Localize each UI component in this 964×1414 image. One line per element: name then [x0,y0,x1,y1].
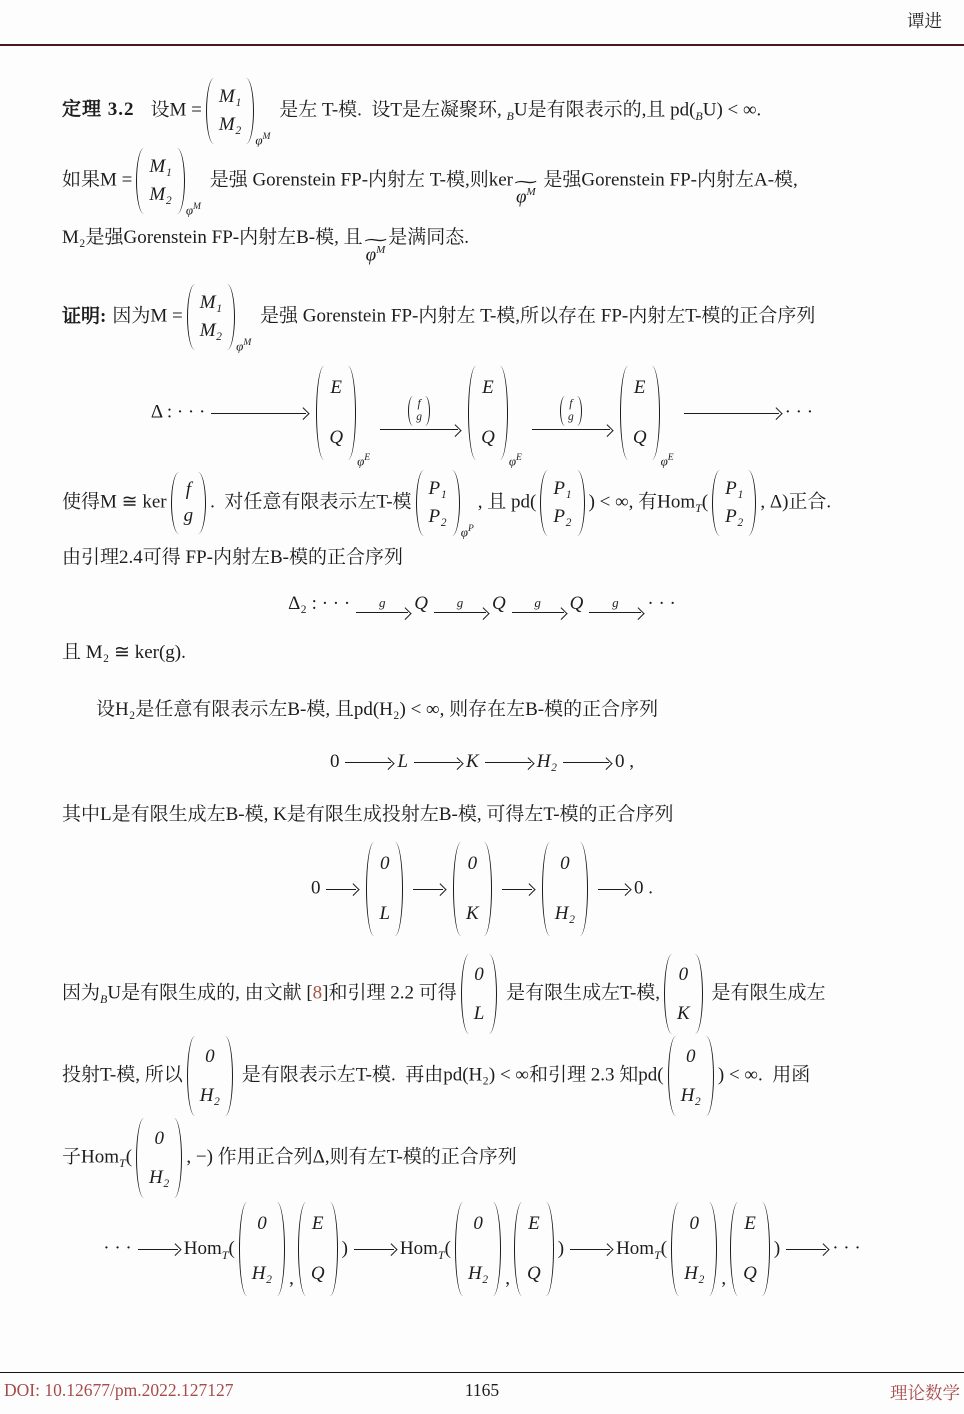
open-paren: ( [661,1238,667,1259]
left-paren-icon [664,954,672,1034]
left-paren-icon [540,470,548,536]
theorem-label: 定理 3.2 [62,99,135,120]
arrow-right-icon [563,762,609,763]
left-paren-icon [461,954,469,1034]
arrow-right-icon [485,762,531,763]
matrix-entry: L [474,1003,485,1025]
left-paren-icon [453,842,461,936]
journal-name: 理论数学 [890,1380,960,1405]
arrow-label: fg [406,396,432,426]
text-run: 设H₂是任意有限表示左B-模, 且pd(H₂) < ∞, 则存在左B-模的正合序… [96,699,658,720]
matrix-entry: K [677,1003,690,1025]
open-paren: ( [445,1238,451,1259]
punctuation: . [648,878,653,899]
pmatrix-p: P₁P₂φP [416,470,474,536]
arrow-shaft [380,429,458,430]
text-run: 是有限生成左 [707,983,826,1004]
hom-functor: Hom [400,1238,438,1259]
pmatrix-m: M₁M₂φM [206,78,271,144]
text-run: 是强 Gorenstein FP-内射左 T-模,则ker [205,169,513,190]
matrix-entry: M₂ [149,184,171,206]
right-paren-icon [709,1202,717,1296]
pmatrix-eq: EQφE [468,366,522,460]
zero: 0 [311,878,321,899]
text-run: 是强 Gorenstein FP-内射左 T-模,所以存在 FP-内射左T-模的… [255,306,815,327]
labeled-arrow-g: g [356,596,408,613]
hom-functor: Hom [184,1238,222,1259]
text-run: ( [702,492,708,513]
matrix-entry: 0 [474,964,484,986]
right-paren-icon [695,954,703,1034]
left-paren-icon [542,842,550,936]
arrow-right-icon [684,413,779,414]
right-paren-icon [425,396,430,426]
matrix-column: fg [413,396,425,426]
matrix-entry: H₂ [555,903,575,925]
matrix-entry: P₁ [725,478,743,500]
matrix-entry: 0 [679,964,689,986]
left-paren-icon [206,78,214,144]
arrow-shaft [589,612,641,613]
open-paren: ( [228,1238,234,1259]
matrix-entry: 0 [560,853,570,875]
delta2-head: Δ₂ : · · · [288,593,350,614]
matrix-column: M₁M₂ [144,148,176,214]
pmatrix-0H2: 0H₂ [455,1202,501,1296]
arrow-shaft [211,413,306,414]
comma: , [289,1268,294,1289]
matrix-subscript: φE [509,453,522,469]
left-paren-icon [239,1202,247,1296]
matrix-column: EQ [306,1202,330,1296]
arrow-shaft [485,762,531,763]
paper-page: 谭进 定理 3.2设M =M₁M₂φM 是左 T-模. 设T是左凝聚环, BU是… [0,0,964,1414]
right-paren-icon [762,1202,770,1296]
matrix-entry: E [634,377,646,399]
arrow-right-icon [413,889,443,890]
matrix-column: 0H₂ [247,1202,277,1296]
right-paren-icon [706,1036,714,1116]
right-paren-icon [652,366,660,460]
right-paren-icon [577,470,585,536]
matrix-column: 0L [469,954,490,1034]
text-run: 因为M = [112,306,182,327]
page-content: 定理 3.2设M =M₁M₂φM 是左 T-模. 设T是左凝聚环, BU是有限表… [0,78,964,1296]
right-paren-icon [395,842,403,936]
pmatrix-0H2: 0H₂ [136,1118,182,1198]
phi-superscript: M [193,202,201,212]
arrow-shaft [684,413,779,414]
pmatrix-fg-label: fg [560,396,582,426]
right-paren-icon [348,366,356,460]
right-paren-icon [748,470,756,536]
close-paren: ) [774,1238,780,1259]
arrow-shaft [434,612,486,613]
matrix-entry: M₁ [200,292,222,314]
text-run: 是强Gorenstein FP-内射左A-模, [539,169,798,190]
paragraph-6-line-3: 子HomT(0H₂, −) 作用正合列Δ,则有左T-模的正合序列 [62,1118,902,1198]
hom-functor: Hom [616,1238,654,1259]
paragraph-5: 其中L是有限生成左B-模, K是有限生成投射左B-模, 可得左T-模的正合序列 [62,801,902,828]
paragraph-3: 且 M₂ ≅ ker(g). [62,639,902,666]
pmatrix-0H2: 0H₂ [187,1036,233,1116]
comma: , [721,1268,726,1289]
right-paren-icon [246,78,254,144]
matrix-entry: f [417,398,420,411]
arrow-shaft [356,612,408,613]
module-Q: Q [570,593,584,614]
tilde-accent-icon: ∼ [361,238,389,245]
left-paren-icon [316,366,324,460]
matrix-entry: H₂ [149,1167,169,1189]
delta-head: Δ : · · · [151,402,205,423]
matrix-column: 0H₂ [676,1036,706,1116]
matrix-entry: P₂ [553,506,571,528]
pmatrix-eq: EQφE [316,366,370,460]
module-Q: Q [492,593,506,614]
pmatrix-eq: EQφE [620,366,674,460]
matrix-entry: M₂ [219,114,241,136]
footer-row: DOI: 10.12677/pm.2022.127127 1165 理论数学 [0,1373,964,1414]
paragraph-2-line-2: 由引理2.4可得 FP-内射左B-模的正合序列 [62,544,902,571]
matrix-column: fg [565,396,577,426]
module-L: L [397,751,408,772]
left-paren-icon [416,470,424,536]
text-run: ) < ∞, 有Hom [589,492,696,513]
pmatrix-0L: 0L [366,842,403,936]
close-paren: ) [342,1238,348,1259]
arrow-right-icon [598,889,628,890]
left-paren-icon [187,1036,195,1116]
matrix-subscript: φM [255,124,270,153]
text-run: ]和引理 2.2 可得 [322,983,457,1004]
pmatrix-fg-label: fg [408,396,430,426]
arrow-right-icon [345,762,391,763]
matrix-entry: 0 [473,1213,483,1235]
matrix-entry: Q [527,1263,541,1285]
phi-superscript: E [668,453,674,463]
arrow-shaft [414,762,460,763]
pre-subscript-B: B [507,109,514,123]
labeled-arrow-fg: fg [380,396,458,430]
arrow-shaft [345,762,391,763]
matrix-entry: M₂ [200,320,222,342]
paragraph-6-line-1: 因为BU是有限生成的, 由文献 [8]和引理 2.2 可得0L 是有限生成左T-… [62,954,902,1034]
text-run: 如果M = [62,169,132,190]
matrix-subscript: φP [461,516,474,545]
proof-line-1: 证明:因为M =M₁M₂φM 是强 Gorenstein FP-内射左 T-模,… [62,284,902,350]
display-delta2-sequence: Δ₂ : · · ·gQgQgQg· · · [62,593,902,615]
left-paren-icon [136,148,144,214]
arrow-shaft [413,889,443,890]
text-run: 其中L是有限生成左B-模, K是有限生成投射左B-模, 可得左T-模的正合序列 [62,804,674,825]
header-author: 谭进 [907,11,942,31]
phi-superscript: P [468,524,474,534]
page-number: 1165 [465,1380,499,1401]
display-hom-sequence: · · ·HomT(0H₂,EQ)HomT(0H₂,EQ)HomT(0H₂,EQ… [62,1202,902,1296]
right-paren-icon [500,366,508,460]
right-paren-icon [330,1202,338,1296]
right-paren-icon [546,1202,554,1296]
left-paren-icon [455,1202,463,1296]
matrix-column: P₁P₂ [548,470,576,536]
page-footer: DOI: 10.12677/pm.2022.127127 1165 理论数学 [0,1372,964,1414]
theorem-line-2: 如果M =M₁M₂φM 是强 Gorenstein FP-内射左 T-模,则ke… [62,148,902,214]
arrow-label: fg [558,396,584,426]
matrix-column: 0H₂ [550,842,580,936]
text-run: , −) 作用正合列Δ,则有左T-模的正合序列 [186,1147,516,1168]
matrix-entry: E [482,377,494,399]
right-paren-icon [177,148,185,214]
arrow-label: g [534,596,541,609]
arrow-shaft [786,1249,826,1250]
matrix-column: EQ [628,366,652,460]
hom-subscript-T: T [695,501,702,515]
labeled-arrow-fg: fg [532,396,610,430]
arrow-right-icon [570,1249,610,1250]
matrix-entry: P₁ [429,478,447,500]
delta-tail-dots: · · · [785,402,813,423]
matrix-entry: Q [633,427,647,449]
header-rule [0,44,964,46]
left-paren-icon [671,1202,679,1296]
text-run: , 且 pd( [478,492,537,513]
close-paren: ) [558,1238,564,1259]
matrix-column: P₁P₂ [424,470,452,536]
right-paren-icon [484,842,492,936]
text-run: 是左 T-模. 设T是左凝聚环, [274,99,506,120]
pmatrix-0L: 0L [461,954,498,1034]
matrix-column: fg [179,472,199,534]
pmatrix-m: M₁M₂φM [136,148,201,214]
text-run: ) < ∞. 用函 [718,1065,810,1086]
matrix-entry: H₂ [681,1085,701,1107]
text-run: 使得M ≅ ker [62,492,167,513]
proof-label: 证明: [62,306,106,327]
hom-subscript-T: T [438,1247,445,1261]
pmatrix-0H2: 0H₂ [671,1202,717,1296]
matrix-entry: H₂ [684,1263,704,1285]
right-paren-icon [489,954,497,1034]
matrix-entry: 0 [686,1046,696,1068]
pmatrix-0K: 0K [453,842,492,936]
hom-subscript-T: T [654,1247,661,1261]
display-sequence-column-modules: 00L0K0H₂0 . [62,842,902,936]
right-paren-icon [174,1118,182,1198]
pmatrix-p: P₁P₂ [712,470,756,536]
paragraph-2-line-1: 使得M ≅ kerfg. 对任意有限表示左T-模P₁P₂φP, 且 pd(P₁P… [62,470,902,536]
right-paren-icon [227,284,235,350]
pmatrix-0H2: 0H₂ [668,1036,714,1116]
matrix-column: 0L [374,842,395,936]
arrow-right-icon [354,1249,394,1250]
matrix-column: M₁M₂ [214,78,246,144]
left-paren-icon [366,842,374,936]
comma: , [505,1268,510,1289]
arrow-right-icon [414,762,460,763]
labeled-arrow-g: g [512,596,564,613]
matrix-entry: g [416,411,422,424]
dots: · · · [832,1238,860,1259]
doi-link[interactable]: DOI: 10.12677/pm.2022.127127 [4,1380,233,1405]
phi-superscript: E [516,453,522,463]
hom-term: HomT(0H₂,EQ) [400,1238,564,1259]
left-paren-icon [298,1202,306,1296]
left-paren-icon [668,1036,676,1116]
hom-term: HomT(0H₂,EQ) [616,1238,780,1259]
matrix-column: 0H₂ [463,1202,493,1296]
zero: 0 [634,878,644,899]
arrow-shaft [326,889,356,890]
matrix-entry: Q [481,427,495,449]
text-run: 且 M₂ ≅ ker(g). [62,642,186,663]
paragraph-4: 设H₂是任意有限表示左B-模, 且pd(H₂) < ∞, 则存在左B-模的正合序… [62,696,902,723]
theorem-line-3: M₂是强Gorenstein FP-内射左B-模, 且∼φM是满同态. [62,224,902,264]
matrix-entry: E [330,377,342,399]
arrow-shaft [354,1249,394,1250]
pre-subscript-B: B [695,109,702,123]
left-paren-icon [171,472,179,534]
tilde-accent-icon: ∼ [512,180,540,187]
dots: · · · [103,1238,131,1259]
right-paren-icon [580,842,588,936]
arrow-right-icon [211,413,306,414]
text-run: M₂是强Gorenstein FP-内射左B-模, 且 [62,227,363,248]
text-run: 因为 [62,983,100,1004]
text-run: U) < ∞. [703,99,762,120]
phi-superscript: M [263,132,271,142]
matrix-entry: f [186,479,191,501]
arrow-shaft [570,1249,610,1250]
display-sequence-LKH: 0LKH₂0 , [62,751,902,773]
matrix-entry: 0 [205,1046,215,1068]
arrow-label: g [612,596,619,609]
matrix-entry: M₁ [149,156,171,178]
text-run: 是有限生成左T-模, [501,983,660,1004]
text-run: , Δ)正合. [760,492,831,513]
matrix-entry: P₁ [553,478,571,500]
pmatrix-eq: EQ [298,1202,338,1296]
pmatrix-m: M₁M₂φM [187,284,252,350]
widetilde-phi-m: ∼φM [516,180,536,206]
matrix-entry: E [312,1213,324,1235]
page-header: 谭进 [0,0,964,33]
left-paren-icon [468,366,476,460]
matrix-entry: H₂ [200,1085,220,1107]
matrix-entry: H₂ [252,1263,272,1285]
matrix-column: M₁M₂ [195,284,227,350]
labeled-arrow-g: g [589,596,641,613]
left-paren-icon [187,284,195,350]
text-run: U是有限表示的,且 pd( [514,99,696,120]
text-run: . 对任意有限表示左T-模 [210,492,411,513]
phi-superscript: E [364,453,370,463]
matrix-column: EQ [738,1202,762,1296]
text-run: 子Hom [62,1147,119,1168]
matrix-column: 0H₂ [144,1118,174,1198]
left-paren-icon [712,470,720,536]
matrix-column: 0H₂ [679,1202,709,1296]
matrix-subscript: φE [661,453,674,469]
widetilde-phi-m: ∼φM [366,238,386,264]
matrix-entry: 0 [257,1213,267,1235]
arrow-right-icon [502,889,532,890]
module-Q: Q [414,593,428,614]
text-run: 设M = [151,99,202,120]
right-paren-icon [493,1202,501,1296]
citation-8-link[interactable]: 8 [313,983,323,1004]
paragraph-6-line-2: 投射T-模, 所以0H₂ 是有限表示左T-模. 再由pd(H₂) < ∞和引理 … [62,1036,902,1116]
pmatrix-0H2: 0H₂ [542,842,588,936]
module-H2: H₂ [537,751,557,772]
matrix-entry: Q [329,427,343,449]
text-run: 投射T-模, 所以 [62,1065,183,1086]
matrix-entry: P₂ [725,506,743,528]
matrix-entry: L [379,903,390,925]
left-paren-icon [620,366,628,460]
matrix-entry: 0 [690,1213,700,1235]
matrix-entry: g [184,505,194,527]
arrow-right-icon [786,1249,826,1250]
matrix-entry: E [528,1213,540,1235]
matrix-entry: 0 [468,853,478,875]
delta2-tail-dots: · · · [647,593,675,614]
pmatrix-p: P₁P₂ [540,470,584,536]
matrix-entry: 0 [380,853,390,875]
pmatrix-eq: EQ [514,1202,554,1296]
hom-subscript-T: T [119,1156,126,1170]
matrix-column: P₁P₂ [720,470,748,536]
matrix-column: EQ [476,366,500,460]
left-paren-icon [730,1202,738,1296]
left-paren-icon [136,1118,144,1198]
matrix-column: EQ [522,1202,546,1296]
arrow-right-icon [326,889,356,890]
text-run: ( [126,1147,132,1168]
matrix-entry: P₂ [429,506,447,528]
matrix-entry: H₂ [468,1263,488,1285]
hom-term: HomT(0H₂,EQ) [184,1238,348,1259]
matrix-column: 0H₂ [195,1036,225,1116]
punctuation: , [629,751,634,772]
arrow-shaft [532,429,610,430]
arrow-shaft [138,1249,178,1250]
module-K: K [466,751,479,772]
arrow-right-icon [138,1249,178,1250]
pmatrix-0H2: 0H₂ [239,1202,285,1296]
arrow-label: g [379,596,386,609]
right-paren-icon [452,470,460,536]
zero: 0 [330,751,340,772]
text-run: 由引理2.4可得 FP-内射左B-模的正合序列 [62,547,403,568]
matrix-entry: 0 [154,1128,164,1150]
display-delta-sequence: Δ : · · ·EQφEfgEQφEfgEQφE· · · [62,366,902,460]
matrix-entry: g [568,411,574,424]
matrix-subscript: φM [236,330,251,359]
matrix-column: 0K [672,954,695,1034]
matrix-entry: Q [311,1263,325,1285]
matrix-entry: f [569,398,572,411]
right-paren-icon [577,396,582,426]
right-paren-icon [277,1202,285,1296]
arrow-label: g [457,596,464,609]
labeled-arrow-g: g [434,596,486,613]
right-paren-icon [225,1036,233,1116]
arrow-shaft [502,889,532,890]
pmatrix-ker-fg: fg [171,472,207,534]
zero: 0 [615,751,625,772]
text-run: 是满同态. [388,227,469,248]
